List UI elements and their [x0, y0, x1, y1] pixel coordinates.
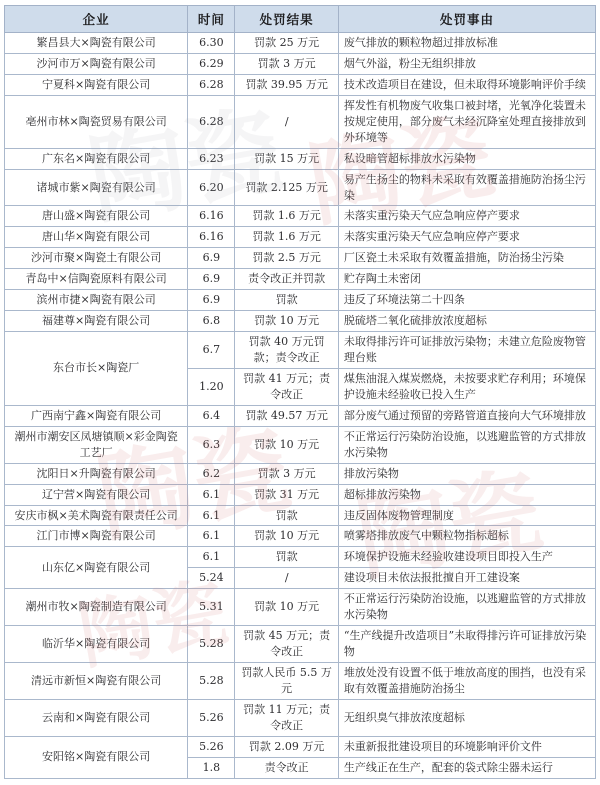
result-cell: 罚款 15 万元 — [235, 148, 338, 169]
table-row: 广西南宁鑫×陶瓷有限公司6.4罚款 49.57 万元部分废气通过预留的旁路管道直… — [5, 405, 596, 426]
company-cell: 广东名×陶瓷有限公司 — [5, 148, 188, 169]
reason-cell: 贮存陶土未密闭 — [338, 269, 595, 290]
time-cell: 6.9 — [188, 248, 235, 269]
time-cell: 6.30 — [188, 33, 235, 54]
table-row: 安庆市枫×美术陶瓷有限责任公司6.1罚款违反固体废物管理制度 — [5, 505, 596, 526]
company-cell: 山东亿×陶瓷有限公司 — [5, 547, 188, 589]
result-cell: 罚款 2.125 万元 — [235, 169, 338, 206]
time-cell: 6.9 — [188, 290, 235, 311]
company-cell: 沙河市万×陶瓷有限公司 — [5, 53, 188, 74]
table-row: 广东名×陶瓷有限公司6.23罚款 15 万元私设暗管超标排放水污染物 — [5, 148, 596, 169]
table-row: 青岛中×信陶瓷原料有限公司6.9责令改正并罚款贮存陶土未密闭 — [5, 269, 596, 290]
reason-cell: 未重新报批建设项目的环境影响评价文件 — [338, 736, 595, 757]
table-row: 江门市博×陶瓷有限公司6.1罚款 10 万元喷雾塔排放废气中颗粒物指标超标 — [5, 526, 596, 547]
company-cell: 诸城市紫×陶瓷有限公司 — [5, 169, 188, 206]
time-cell: 6.1 — [188, 547, 235, 568]
time-cell: 5.28 — [188, 663, 235, 700]
result-cell: / — [235, 95, 338, 148]
company-cell: 安庆市枫×美术陶瓷有限责任公司 — [5, 505, 188, 526]
result-cell: 责令改正 — [235, 757, 338, 778]
table-row: 东台市长×陶瓷厂6.7罚款 40 万元罚款；责令改正未取得排污许可证排放污染物；… — [5, 332, 596, 369]
time-cell: 1.8 — [188, 757, 235, 778]
reason-cell: 未取得排污许可证排放污染物；未建立危险废物管理台账 — [338, 332, 595, 369]
company-cell: 沙河市聚×陶瓷土有限公司 — [5, 248, 188, 269]
reason-cell: 生产线正在生产，配套的袋式除尘器未运行 — [338, 757, 595, 778]
reason-cell: 废气排放的颗粒物超过排放标准 — [338, 33, 595, 54]
time-cell: 6.3 — [188, 426, 235, 463]
reason-cell: 不正常运行污染防治设施，以逃避监管的方式排放水污染物 — [338, 589, 595, 626]
table-row: 诸城市紫×陶瓷有限公司6.20罚款 2.125 万元易产生扬尘的物料未采取有效覆… — [5, 169, 596, 206]
table-header: 企业 时间 处罚结果 处罚事由 — [5, 6, 596, 33]
company-cell: 潮州市潮安区凤塘镇顺×彩金陶瓷工艺厂 — [5, 426, 188, 463]
company-cell: 清远市新恒×陶瓷有限公司 — [5, 663, 188, 700]
result-cell: 罚款 — [235, 547, 338, 568]
col-header-result: 处罚结果 — [235, 6, 338, 33]
col-header-company: 企业 — [5, 6, 188, 33]
time-cell: 6.7 — [188, 332, 235, 369]
company-cell: 青岛中×信陶瓷原料有限公司 — [5, 269, 188, 290]
result-cell: 罚款 10 万元 — [235, 311, 338, 332]
time-cell: 1.20 — [188, 368, 235, 405]
reason-cell: 未落实重污染天气应急响应停产要求 — [338, 227, 595, 248]
company-cell: 广西南宁鑫×陶瓷有限公司 — [5, 405, 188, 426]
reason-cell: 挥发性有机物废气收集口被封堵，光氧净化装置未按规定使用，部分废气未经沉降室处理直… — [338, 95, 595, 148]
reason-cell: 煤焦油混入煤炭燃烧，未按要求贮存利用；环境保护设施未经验收已投入生产 — [338, 368, 595, 405]
result-cell: 罚款人民币 5.5 万元 — [235, 663, 338, 700]
result-cell: 罚款 1.6 万元 — [235, 206, 338, 227]
col-header-reason: 处罚事由 — [338, 6, 595, 33]
time-cell: 6.16 — [188, 227, 235, 248]
table-row: 辽宁营×陶瓷有限公司6.1罚款 31 万元超标排放污染物 — [5, 484, 596, 505]
reason-cell: 违反了环境法第二十四条 — [338, 290, 595, 311]
table-row: 滨州市捷×陶瓷有限公司6.9罚款违反了环境法第二十四条 — [5, 290, 596, 311]
reason-cell: 易产生扬尘的物料未采取有效覆盖措施防治扬尘污染 — [338, 169, 595, 206]
result-cell: 罚款 2.09 万元 — [235, 736, 338, 757]
result-cell: 罚款 2.5 万元 — [235, 248, 338, 269]
time-cell: 5.26 — [188, 699, 235, 736]
table-row: 亳州市林×陶瓷贸易有限公司6.28/挥发性有机物废气收集口被封堵，光氧净化装置未… — [5, 95, 596, 148]
table-body: 繁昌县大×陶瓷有限公司6.30罚款 25 万元废气排放的颗粒物超过排放标准沙河市… — [5, 33, 596, 779]
company-cell: 江门市博×陶瓷有限公司 — [5, 526, 188, 547]
table-row: 沙河市聚×陶瓷土有限公司6.9罚款 2.5 万元厂区瓷土未采取有效覆盖措施，防治… — [5, 248, 596, 269]
result-cell: 罚款 39.95 万元 — [235, 74, 338, 95]
time-cell: 6.28 — [188, 95, 235, 148]
table-row: 临沂华×陶瓷有限公司5.28罚款 45 万元；责令改正“生产线提升改造项目”未取… — [5, 626, 596, 663]
table-row: 沙河市万×陶瓷有限公司6.29罚款 3 万元烟气外溢，粉尘无组织排放 — [5, 53, 596, 74]
table-row: 潮州市潮安区凤塘镇顺×彩金陶瓷工艺厂6.3罚款 10 万元不正常运行污染防治设施… — [5, 426, 596, 463]
table-row: 沈阳日×升陶瓷有限公司6.2罚款 3 万元排放污染物 — [5, 463, 596, 484]
reason-cell: 厂区瓷土未采取有效覆盖措施，防治扬尘污染 — [338, 248, 595, 269]
company-cell: 亳州市林×陶瓷贸易有限公司 — [5, 95, 188, 148]
table-row: 唐山华×陶瓷有限公司6.16罚款 1.6 万元未落实重污染天气应急响应停产要求 — [5, 227, 596, 248]
time-cell: 6.1 — [188, 484, 235, 505]
company-cell: 沈阳日×升陶瓷有限公司 — [5, 463, 188, 484]
time-cell: 6.8 — [188, 311, 235, 332]
company-cell: 繁昌县大×陶瓷有限公司 — [5, 33, 188, 54]
table-row: 清远市新恒×陶瓷有限公司5.28罚款人民币 5.5 万元堆放处没有设置不低于堆放… — [5, 663, 596, 700]
time-cell: 5.28 — [188, 626, 235, 663]
time-cell: 6.29 — [188, 53, 235, 74]
time-cell: 6.9 — [188, 269, 235, 290]
time-cell: 6.1 — [188, 505, 235, 526]
time-cell: 6.28 — [188, 74, 235, 95]
header-row: 企业 时间 处罚结果 处罚事由 — [5, 6, 596, 33]
result-cell: 罚款 25 万元 — [235, 33, 338, 54]
reason-cell: 超标排放污染物 — [338, 484, 595, 505]
time-cell: 5.31 — [188, 589, 235, 626]
result-cell: 罚款 3 万元 — [235, 463, 338, 484]
time-cell: 6.2 — [188, 463, 235, 484]
time-cell: 6.16 — [188, 206, 235, 227]
time-cell: 6.4 — [188, 405, 235, 426]
table-row: 潮州市牧×陶瓷制造有限公司5.31罚款 10 万元不正常运行污染防治设施，以逃避… — [5, 589, 596, 626]
reason-cell: “生产线提升改造项目”未取得排污许可证排放污染物 — [338, 626, 595, 663]
result-cell: 罚款 40 万元罚款；责令改正 — [235, 332, 338, 369]
table-row: 福建尊×陶瓷有限公司6.8罚款 10 万元脱硫塔二氧化硫排放浓度超标 — [5, 311, 596, 332]
company-cell: 滨州市捷×陶瓷有限公司 — [5, 290, 188, 311]
reason-cell: 堆放处没有设置不低于堆放高度的围挡，也没有采取有效覆盖措施防治扬尘 — [338, 663, 595, 700]
reason-cell: 部分废气通过预留的旁路管道直接向大气环境排放 — [338, 405, 595, 426]
company-cell: 唐山盛×陶瓷有限公司 — [5, 206, 188, 227]
company-cell: 辽宁营×陶瓷有限公司 — [5, 484, 188, 505]
penalty-table: 企业 时间 处罚结果 处罚事由 繁昌县大×陶瓷有限公司6.30罚款 25 万元废… — [4, 5, 596, 779]
table-row: 繁昌县大×陶瓷有限公司6.30罚款 25 万元废气排放的颗粒物超过排放标准 — [5, 33, 596, 54]
table-row: 山东亿×陶瓷有限公司6.1罚款环境保护设施未经验收建设项目即投入生产 — [5, 547, 596, 568]
reason-cell: 私设暗管超标排放水污染物 — [338, 148, 595, 169]
result-cell: 罚款 45 万元；责令改正 — [235, 626, 338, 663]
time-cell: 5.24 — [188, 568, 235, 589]
result-cell: 罚款 11 万元；责令改正 — [235, 699, 338, 736]
reason-cell: 技术改造项目在建设，但未取得环境影响评价手续 — [338, 74, 595, 95]
reason-cell: 未落实重污染天气应急响应停产要求 — [338, 206, 595, 227]
reason-cell: 脱硫塔二氧化硫排放浓度超标 — [338, 311, 595, 332]
result-cell: 罚款 31 万元 — [235, 484, 338, 505]
company-cell: 安阳铭×陶瓷有限公司 — [5, 736, 188, 778]
company-cell: 云南和×陶瓷有限公司 — [5, 699, 188, 736]
table-row: 唐山盛×陶瓷有限公司6.16罚款 1.6 万元未落实重污染天气应急响应停产要求 — [5, 206, 596, 227]
reason-cell: 建设项目未依法报批擅自开工建设案 — [338, 568, 595, 589]
time-cell: 6.20 — [188, 169, 235, 206]
result-cell: 罚款 49.57 万元 — [235, 405, 338, 426]
reason-cell: 违反固体废物管理制度 — [338, 505, 595, 526]
company-cell: 东台市长×陶瓷厂 — [5, 332, 188, 406]
result-cell: 罚款 3 万元 — [235, 53, 338, 74]
reason-cell: 排放污染物 — [338, 463, 595, 484]
company-cell: 宁夏科×陶瓷有限公司 — [5, 74, 188, 95]
reason-cell: 喷雾塔排放废气中颗粒物指标超标 — [338, 526, 595, 547]
result-cell: 罚款 10 万元 — [235, 526, 338, 547]
time-cell: 6.1 — [188, 526, 235, 547]
company-cell: 福建尊×陶瓷有限公司 — [5, 311, 188, 332]
table-row: 安阳铭×陶瓷有限公司5.26罚款 2.09 万元未重新报批建设项目的环境影响评价… — [5, 736, 596, 757]
result-cell: 责令改正并罚款 — [235, 269, 338, 290]
reason-cell: 烟气外溢，粉尘无组织排放 — [338, 53, 595, 74]
result-cell: 罚款 — [235, 290, 338, 311]
col-header-time: 时间 — [188, 6, 235, 33]
table-row: 宁夏科×陶瓷有限公司6.28罚款 39.95 万元技术改造项目在建设，但未取得环… — [5, 74, 596, 95]
result-cell: 罚款 10 万元 — [235, 589, 338, 626]
company-cell: 潮州市牧×陶瓷制造有限公司 — [5, 589, 188, 626]
result-cell: 罚款 41 万元；责令改正 — [235, 368, 338, 405]
table-row: 云南和×陶瓷有限公司5.26罚款 11 万元；责令改正无组织臭气排放浓度超标 — [5, 699, 596, 736]
result-cell: / — [235, 568, 338, 589]
company-cell: 唐山华×陶瓷有限公司 — [5, 227, 188, 248]
reason-cell: 不正常运行污染防治设施，以逃避监管的方式排放水污染物 — [338, 426, 595, 463]
time-cell: 5.26 — [188, 736, 235, 757]
reason-cell: 环境保护设施未经验收建设项目即投入生产 — [338, 547, 595, 568]
penalty-table-page: 陶瓷 陶瓷 陶瓷 陶瓷 陶瓷 企业 时间 处罚结果 处罚事由 繁昌县大×陶瓷有限… — [0, 0, 600, 785]
time-cell: 6.23 — [188, 148, 235, 169]
company-cell: 临沂华×陶瓷有限公司 — [5, 626, 188, 663]
result-cell: 罚款 1.6 万元 — [235, 227, 338, 248]
result-cell: 罚款 — [235, 505, 338, 526]
reason-cell: 无组织臭气排放浓度超标 — [338, 699, 595, 736]
result-cell: 罚款 10 万元 — [235, 426, 338, 463]
